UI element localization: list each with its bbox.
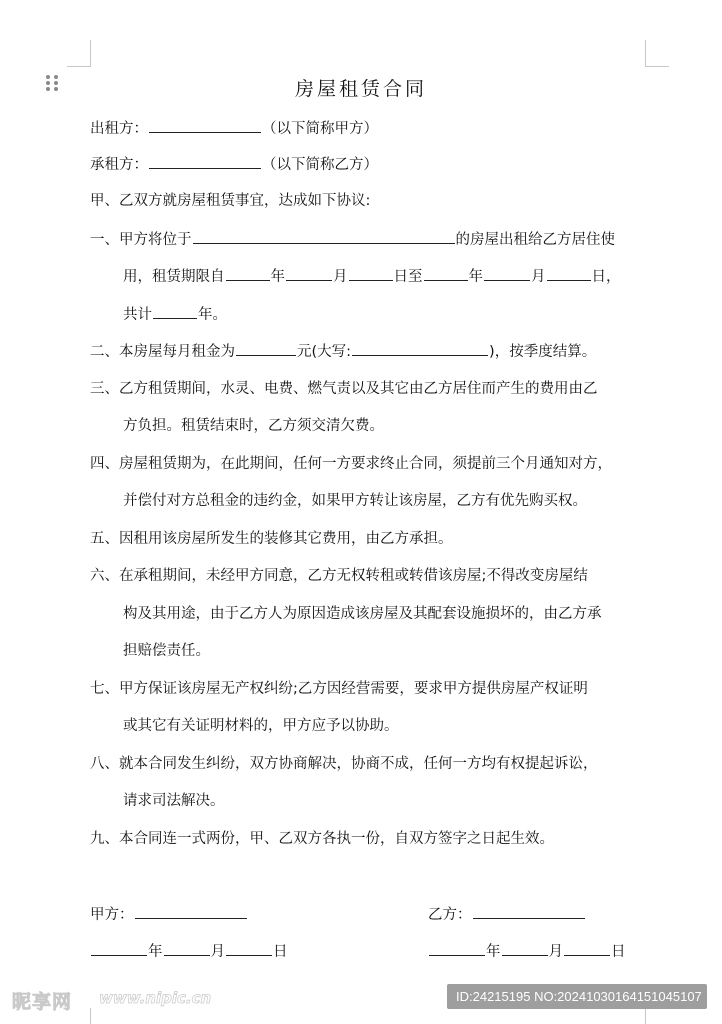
month-label: 月: [211, 944, 226, 960]
clause-8-line-2: 请求司法解决。: [123, 791, 225, 811]
lessee-note: （以下简称乙方）: [262, 157, 378, 173]
clause-1-line-1: 一、甲方将位于的房屋出租给乙方居住使: [90, 229, 615, 249]
clause-number: 一、: [90, 232, 119, 248]
year-label: 年: [148, 944, 163, 960]
clause-4-line-2: 并偿付对方总租金的违约金，如果甲方转让该房屋，乙方有优先购买权。: [123, 491, 587, 511]
clause-text: 甲方将位于: [119, 232, 192, 248]
lessor-label: 出租方：: [90, 121, 148, 137]
end-day-blank[interactable]: [547, 266, 591, 281]
clause-text: 的房屋出租给乙方居住使: [456, 232, 616, 248]
party-a-day-blank[interactable]: [226, 941, 272, 956]
clause-text: 年: [271, 269, 286, 285]
party-a-month-blank[interactable]: [164, 941, 210, 956]
clause-text: 年。: [198, 307, 227, 323]
clause-4-line-1: 四、房屋租赁期为，在此期间，任何一方要求终止合同，须提前三个月通知对方，: [90, 454, 612, 474]
day-label: 日: [273, 944, 288, 960]
clause-text: 年: [469, 269, 484, 285]
clause-2-line-1: 二、本房屋每月租金为元(大写:)，按季度结算。: [90, 341, 596, 361]
party-a-year-blank[interactable]: [91, 941, 147, 956]
end-year-blank[interactable]: [424, 266, 468, 281]
corner-mark-top-left: [90, 40, 91, 67]
clause-text: 元(大写:: [297, 344, 351, 360]
party-b-label: 乙方：: [428, 907, 472, 923]
party-b-month-blank[interactable]: [502, 941, 548, 956]
corner-mark-bottom-left: [90, 1008, 91, 1024]
clause-text: 月: [531, 269, 546, 285]
clause-7-line-1: 七、甲方保证该房屋无产权纠纷;乙方因经营需要，要求甲方提供房屋产权证明: [90, 679, 588, 699]
clause-text: 因租用该房屋所发生的装修其它费用，由乙方承担。: [119, 531, 453, 547]
watermark-url: www.nipic.cn: [99, 989, 211, 1007]
clause-text: 本合同连一式两份，甲、乙双方各执一份，自双方签字之日起生效。: [119, 831, 554, 847]
party-b-signature: 乙方：: [428, 904, 586, 925]
party-b-signature-blank[interactable]: [473, 904, 585, 919]
party-b-year-blank[interactable]: [429, 941, 485, 956]
property-address-blank[interactable]: [193, 229, 455, 244]
clause-6-line-1: 六、在承租期间，未经甲方同意，乙方无权转租或转借该房屋;不得改变房屋结: [90, 566, 588, 586]
clause-1-line-3: 共计年。: [123, 304, 227, 324]
party-b-day-blank[interactable]: [564, 941, 610, 956]
year-label: 年: [486, 944, 501, 960]
lessor-name-blank[interactable]: [149, 118, 261, 133]
clause-text: 共计: [123, 307, 152, 323]
clause-number: 八、: [90, 756, 119, 772]
monthly-rent-blank[interactable]: [236, 341, 296, 356]
party-a-date: 年月日: [90, 941, 288, 962]
clause-6-line-3: 担赔偿责任。: [123, 641, 210, 661]
start-month-blank[interactable]: [286, 266, 332, 281]
clause-text: 月: [333, 269, 348, 285]
clause-number: 三、: [90, 381, 119, 397]
clause-3-line-1: 三、乙方租赁期间，水灵、电费、燃气责以及其它由乙方居住而产生的费用由乙: [90, 379, 598, 399]
rent-in-words-blank[interactable]: [352, 341, 488, 356]
clause-text: 本房屋每月租金为: [119, 344, 235, 360]
clause-text: 甲方保证该房屋无产权纠纷;乙方因经营需要，要求甲方提供房屋产权证明: [119, 681, 588, 697]
clause-number: 四、: [90, 456, 119, 472]
party-b-date: 年月日: [428, 941, 626, 962]
clause-number: 二、: [90, 344, 119, 360]
document-page: 房屋租赁合同 出租方：（以下简称甲方） 承租方：（以下简称乙方） 甲、乙双方就房…: [0, 0, 722, 1024]
clause-text: 日至: [394, 269, 423, 285]
clause-1-line-2: 用，租赁期限自年月日至年月日，: [123, 266, 621, 286]
clause-number: 六、: [90, 568, 119, 584]
end-month-blank[interactable]: [484, 266, 530, 281]
clause-number: 七、: [90, 681, 119, 697]
corner-mark-top-right: [645, 66, 669, 67]
clause-9-line-1: 九、本合同连一式两份，甲、乙双方各执一份，自双方签字之日起生效。: [90, 829, 554, 849]
party-a-label: 甲方：: [90, 907, 134, 923]
intro-line: 甲、乙双方就房屋租赁事宜，达成如下协议:: [90, 191, 370, 211]
watermark-id-badge: ID:24215195 NO:20241030164151045107: [447, 984, 707, 1009]
clause-6-line-2: 构及其用途，由于乙方人为原因造成该房屋及其配套设施损坏的，由乙方承: [123, 604, 602, 624]
clause-text: )，按季度结算。: [489, 344, 596, 360]
clause-text: 乙方租赁期间，水灵、电费、燃气责以及其它由乙方居住而产生的费用由乙: [119, 381, 598, 397]
clause-text: 用，租赁期限自: [123, 269, 225, 285]
start-year-blank[interactable]: [226, 266, 270, 281]
day-label: 日: [611, 944, 626, 960]
total-years-blank[interactable]: [153, 304, 197, 319]
corner-mark-top-left: [67, 66, 91, 67]
lessee-name-blank[interactable]: [149, 154, 261, 169]
month-label: 月: [549, 944, 564, 960]
clause-3-line-2: 方负担。租赁结束时，乙方须交清欠费。: [123, 416, 384, 436]
clause-text: 在承租期间，未经甲方同意，乙方无权转租或转借该房屋;不得改变房屋结: [119, 568, 588, 584]
clause-5-line-1: 五、因租用该房屋所发生的装修其它费用，由乙方承担。: [90, 529, 453, 549]
clause-text: 日，: [592, 269, 621, 285]
document-title: 房屋租赁合同: [0, 74, 722, 101]
clause-7-line-2: 或其它有关证明材料的，甲方应予以协助。: [123, 716, 399, 736]
lessee-label: 承租方：: [90, 157, 148, 173]
lessee-line: 承租方：（以下简称乙方）: [90, 154, 378, 174]
party-a-signature: 甲方：: [90, 904, 248, 925]
clause-number: 九、: [90, 831, 119, 847]
corner-mark-bottom-right: [645, 1008, 646, 1024]
watermark-logo: 昵享网: [12, 987, 72, 1014]
clause-number: 五、: [90, 531, 119, 547]
clause-text: 就本合同发生纠纷，双方协商解决，协商不成，任何一方均有权提起诉讼，: [119, 756, 598, 772]
start-day-blank[interactable]: [349, 266, 393, 281]
clause-8-line-1: 八、就本合同发生纠纷，双方协商解决，协商不成，任何一方均有权提起诉讼，: [90, 754, 598, 774]
corner-mark-top-right: [645, 40, 646, 67]
lessor-line: 出租方：（以下简称甲方）: [90, 118, 378, 138]
party-a-signature-blank[interactable]: [135, 904, 247, 919]
clause-text: 房屋租赁期为，在此期间，任何一方要求终止合同，须提前三个月通知对方，: [119, 456, 612, 472]
lessor-note: （以下简称甲方）: [262, 121, 378, 137]
